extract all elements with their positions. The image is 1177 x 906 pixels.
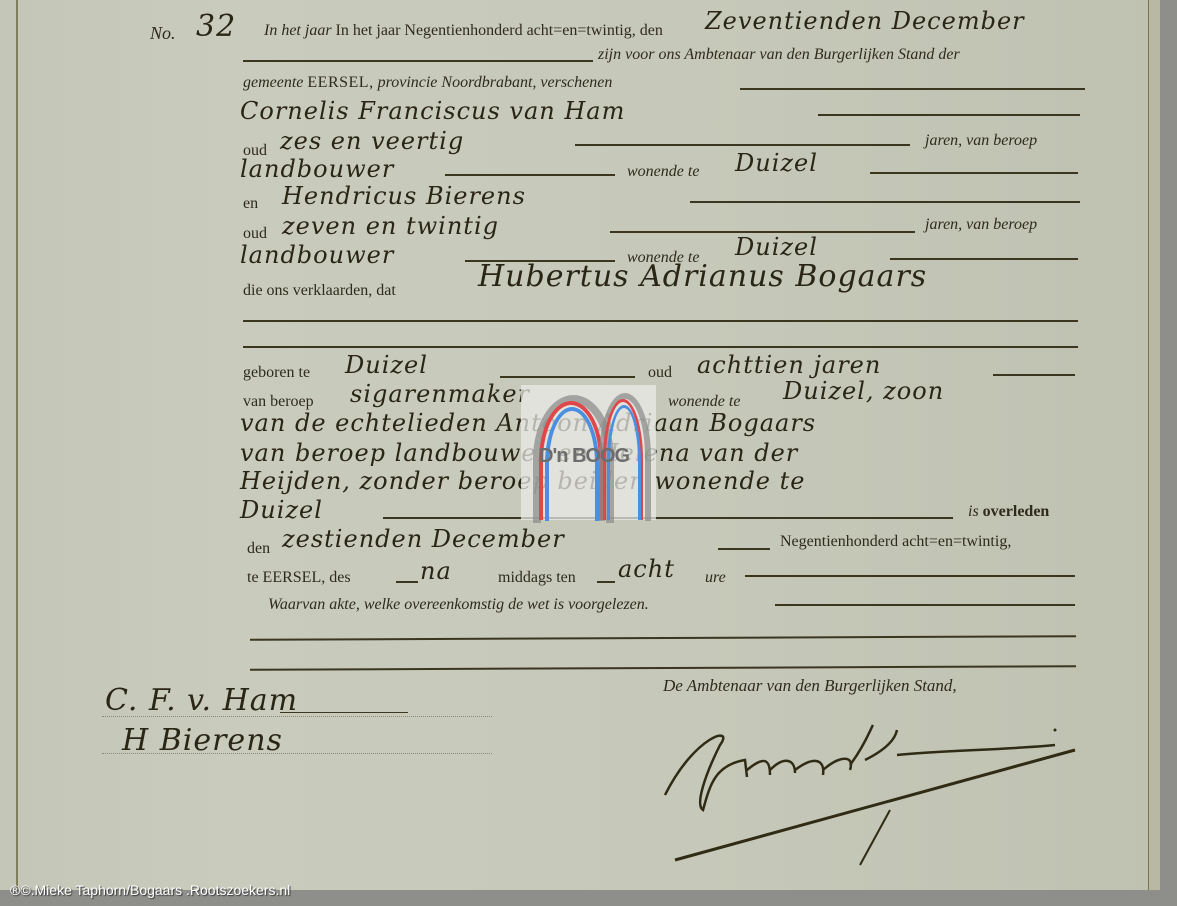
signature-flourish (280, 712, 408, 713)
signature-declarant-2: H Bierens (122, 728, 283, 754)
printed-line-3: gemeente EERSEL, provincie Noordbrabant,… (243, 74, 612, 92)
form-line (250, 635, 1076, 641)
form-line (718, 548, 770, 550)
label-ure: ure (705, 569, 726, 587)
form-line (243, 346, 1078, 348)
parents-line-2: van beroep landbouwer en Helena van der (240, 440, 798, 466)
declarant1-occupation: landbouwer (240, 156, 394, 182)
label-is-overleden: is overleden (968, 503, 1049, 521)
label-te-eersel: te EERSEL, des (247, 569, 351, 587)
form-line (993, 374, 1075, 376)
middags-prefix: na (420, 558, 452, 584)
form-line (690, 201, 1080, 203)
declaration-date: Zeventienden December (705, 8, 1025, 34)
deceased-name: Hubertus Adrianus Bogaars (478, 264, 927, 290)
declarant1-age: zes en veertig (280, 128, 464, 154)
form-line (597, 581, 615, 583)
declarant1-name: Cornelis Franciscus van Ham (240, 98, 625, 124)
death-hour: acht (618, 556, 675, 582)
form-line (575, 144, 910, 146)
form-line (745, 575, 1075, 577)
signature-line (102, 716, 492, 717)
form-line (818, 114, 1080, 116)
form-line (870, 172, 1078, 174)
declarant2-age: zeven en twintig (282, 213, 499, 239)
deceased-residence: Duizel, zoon (783, 378, 944, 404)
act-number: 32 (196, 14, 236, 40)
declarant2-occupation: landbouwer (240, 242, 394, 268)
birthplace: Duizel (345, 352, 428, 378)
closing-statement: Waarvan akte, welke overeenkomstig de we… (268, 596, 649, 614)
label-jaren-beroep: jaren, van beroep (925, 216, 1037, 234)
label-year: Negentienhonderd acht=en=twintig, (780, 533, 1011, 551)
form-line (445, 174, 615, 176)
form-line (500, 376, 635, 378)
scan-border-right (1160, 0, 1177, 906)
printed-line-1: In het jaar In het jaar Negentienhonderd… (264, 22, 663, 40)
deceased-age: achttien jaren (697, 352, 881, 378)
label-geboren-te: geboren te (243, 364, 310, 382)
declarant2-name: Hendricus Bierens (282, 183, 526, 209)
act-number-label: No. (150, 24, 176, 42)
label-en: en (243, 195, 258, 213)
binding-line (16, 0, 18, 890)
declarant2-residence: Duizel (735, 234, 818, 260)
deceased-occupation: sigarenmaker (350, 381, 530, 407)
declarant1-residence: Duizel (735, 150, 818, 176)
form-line (396, 581, 418, 583)
signature-declarant-1: C. F. v. Ham (105, 688, 298, 714)
form-line (740, 88, 1085, 90)
label-middags-ten: middags ten (498, 569, 576, 587)
form-line (250, 665, 1076, 671)
label-jaren-beroep: jaren, van beroep (925, 132, 1037, 150)
label-die-ons-verklaarden: die ons verklaarden, dat (243, 282, 396, 300)
label-oud: oud (648, 364, 672, 382)
form-line (243, 60, 593, 62)
death-date: zestienden December (282, 526, 565, 552)
label-den: den (247, 540, 270, 558)
form-line (775, 604, 1075, 606)
signature-line (102, 753, 492, 754)
official-signature-scrawl (655, 715, 1085, 875)
printed-line-2: zijn voor ons Ambtenaar van den Burgerli… (598, 46, 960, 64)
official-label: De Ambtenaar van den Burgerlijken Stand, (663, 677, 957, 695)
form-line (383, 517, 953, 519)
label-wonende-te: wonende te (627, 163, 699, 181)
parents-line-4: Duizel (240, 497, 323, 523)
form-line (243, 320, 1078, 322)
watermark-text: D'n BOOG (539, 445, 629, 468)
copyright-notice: ®©.Mieke Taphorn/Bogaars .Rootszoekers.n… (10, 882, 290, 898)
dn-boog-watermark: D'n BOOG (521, 385, 656, 520)
